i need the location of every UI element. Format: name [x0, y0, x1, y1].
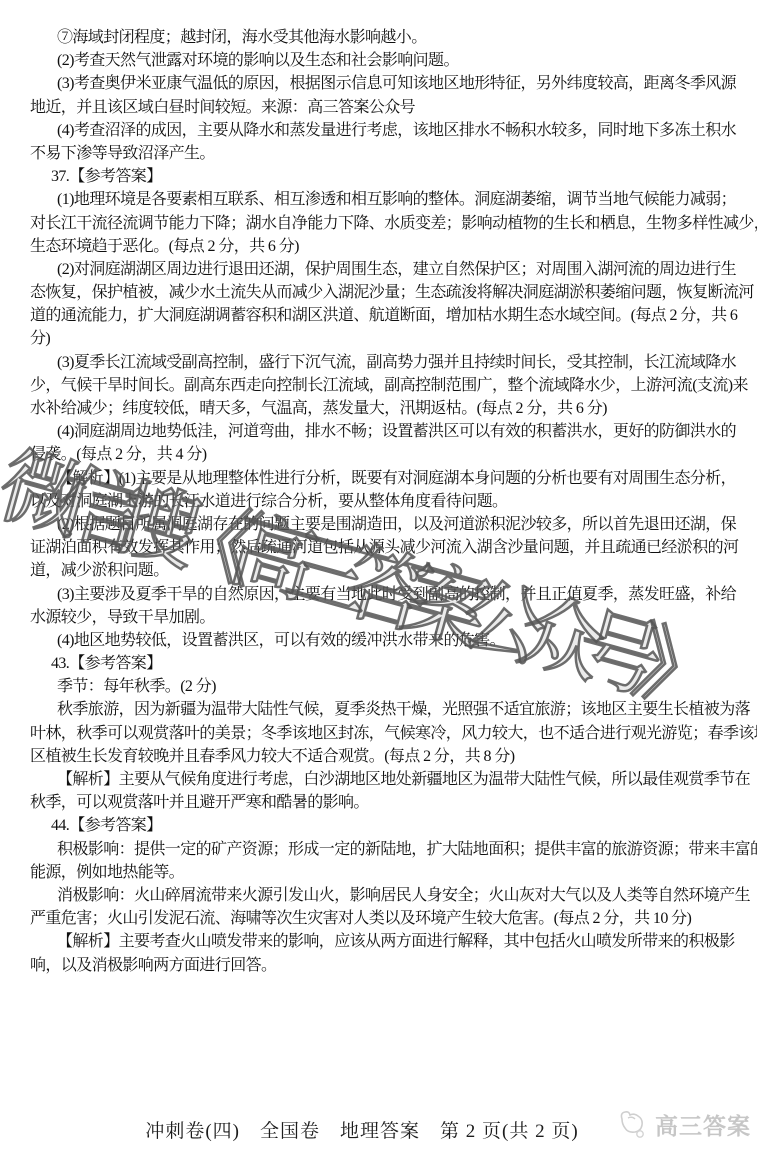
- text-line: 【解析】主要考查火山喷发带来的影响，应该从两方面进行解释，其中包括火山喷发所带来…: [30, 930, 746, 953]
- text-line: ⑦海域封闭程度；越封闭，海水受其他海水影响越小。: [30, 26, 746, 49]
- text-line: 侵袭。(每点 2 分，共 4 分): [30, 443, 746, 466]
- text-line: 区植被生长发育较晚并且春季风力较大不适合观赏。(每点 2 分，共 8 分): [30, 745, 746, 768]
- brand-name: 高三答案: [655, 1108, 751, 1141]
- answer-sheet-text: ⑦海域封闭程度；越封闭，海水受其他海水影响越小。 (2)考查天然气泄露对环境的影…: [30, 26, 746, 977]
- text-line: 响，以及消极影响两方面进行回答。: [30, 954, 746, 977]
- brand-logo: 高三答案: [616, 1108, 751, 1141]
- cat-logo-icon: [616, 1109, 652, 1141]
- text-line: 叶林，秋季可以观赏落叶的美景；冬季该地区封冻，气候寒冷，风力较大，也不适合进行观…: [30, 722, 746, 745]
- text-line: (3)考查奥伊米亚康气温低的原因，根据图示信息可知该地区地形特征，另外纬度较高，…: [30, 72, 746, 95]
- text-line: 秋季，可以观赏落叶并且避开严寒和酷暑的影响。: [30, 791, 746, 814]
- text-line: 对长江干流径流调节能力下降；湖水自净能力下降、水质变差；影响动植物的生长和栖息，…: [30, 212, 746, 235]
- text-line: 态恢复，保护植被，减少水土流失从而减少入湖泥沙量；生态疏浚将解决洞庭湖淤积萎缩问…: [30, 281, 746, 304]
- text-line: 道的通流能力，扩大洞庭湖调蓄容积和湖区洪道、航道断面，增加枯水期生态水域空间。(…: [30, 304, 746, 327]
- text-line: (2)考查天然气泄露对环境的影响以及生态和社会影响问题。: [30, 49, 746, 72]
- section-37-heading: 37.【参考答案】: [30, 165, 746, 188]
- text-line: 【解析】主要从气候角度进行考虑，白沙湖地区地处新疆地区为温带大陆性气候，所以最佳…: [30, 768, 746, 791]
- text-line: 严重危害；火山引发泥石流、海啸等次生灾害对人类以及环境产生较大危害。(每点 2 …: [30, 907, 746, 930]
- text-line: 季节：每年秋季。(2 分): [30, 675, 746, 698]
- text-line: (4)考查沼泽的成因，主要从降水和蒸发量进行考虑，该地区排水不畅积水较多，同时地…: [30, 119, 746, 142]
- text-line: 证湖泊面积有效发挥其作用；然后疏通河道包括从源头减少河流入湖含沙量问题，并且疏通…: [30, 536, 746, 559]
- text-line: 分): [30, 327, 746, 350]
- text-line: (1)地理环境是各要素相互联系、相互渗透和相互影响的整体。洞庭湖萎缩，调节当地气…: [30, 188, 746, 211]
- text-line: 水补给减少；纬度较低，晴天多，气温高，蒸发量大，汛期返枯。(每点 2 分，共 6…: [30, 397, 746, 420]
- text-line: (2)对洞庭湖湖区周边进行退田还湖，保护周围生态，建立自然保护区；对周围入湖河流…: [30, 258, 746, 281]
- text-line: 生态环境趋于恶化。(每点 2 分，共 6 分): [30, 235, 746, 258]
- text-line: (3)主要涉及夏季干旱的自然原因，主要有当地此时受到副高的控制，并且正值夏季，蒸…: [30, 583, 746, 606]
- text-line: 水源较少，导致干旱加剧。: [30, 606, 746, 629]
- text-line: (4)洞庭湖周边地势低洼，河道弯曲，排水不畅；设置蓄洪区可以有效的积蓄洪水，更好…: [30, 420, 746, 443]
- section-43-heading: 43.【参考答案】: [30, 652, 746, 675]
- text-line: 消极影响：火山碎屑流带来火源引发山火，影响居民人身安全；火山灰对大气以及人类等自…: [30, 884, 746, 907]
- section-44-heading: 44.【参考答案】: [30, 814, 746, 837]
- text-line: 少，气候干旱时间长。副高东西走向控制长江流域，副高控制范围广，整个流域降水少，上…: [30, 374, 746, 397]
- text-line: 秋季旅游，因为新疆为温带大陆性气候，夏季炎热干燥，光照强不适宜旅游；该地区主要生…: [30, 698, 746, 721]
- text-line: 地近，并且该区域白昼时间较短。来源：高三答案公众号: [30, 96, 746, 119]
- text-line: (4)地区地势较低，设置蓄洪区，可以有效的缓冲洪水带来的危害。: [30, 629, 746, 652]
- text-line: (2)根据题目所属洞庭湖存在的问题主要是围湖造田，以及河道淤积泥沙较多，所以首先…: [30, 513, 746, 536]
- text-line: 能源，例如地热能等。: [30, 861, 746, 884]
- text-line: 【解析】(1)主要是从地理整体性进行分析，既要有对洞庭湖本身问题的分析也要有对周…: [30, 467, 746, 490]
- text-line: 道，减少淤积问题。: [30, 559, 746, 582]
- text-line: 以及对洞庭湖上游的长江水道进行综合分析，要从整体角度看待问题。: [30, 490, 746, 513]
- text-line: 不易下渗等导致沼泽产生。: [30, 142, 746, 165]
- text-line: 积极影响：提供一定的矿产资源；形成一定的新陆地，扩大陆地面积；提供丰富的旅游资源…: [30, 838, 746, 861]
- text-line: (3)夏季长江流域受副高控制，盛行下沉气流，副高势力强并且持续时间长，受其控制，…: [30, 351, 746, 374]
